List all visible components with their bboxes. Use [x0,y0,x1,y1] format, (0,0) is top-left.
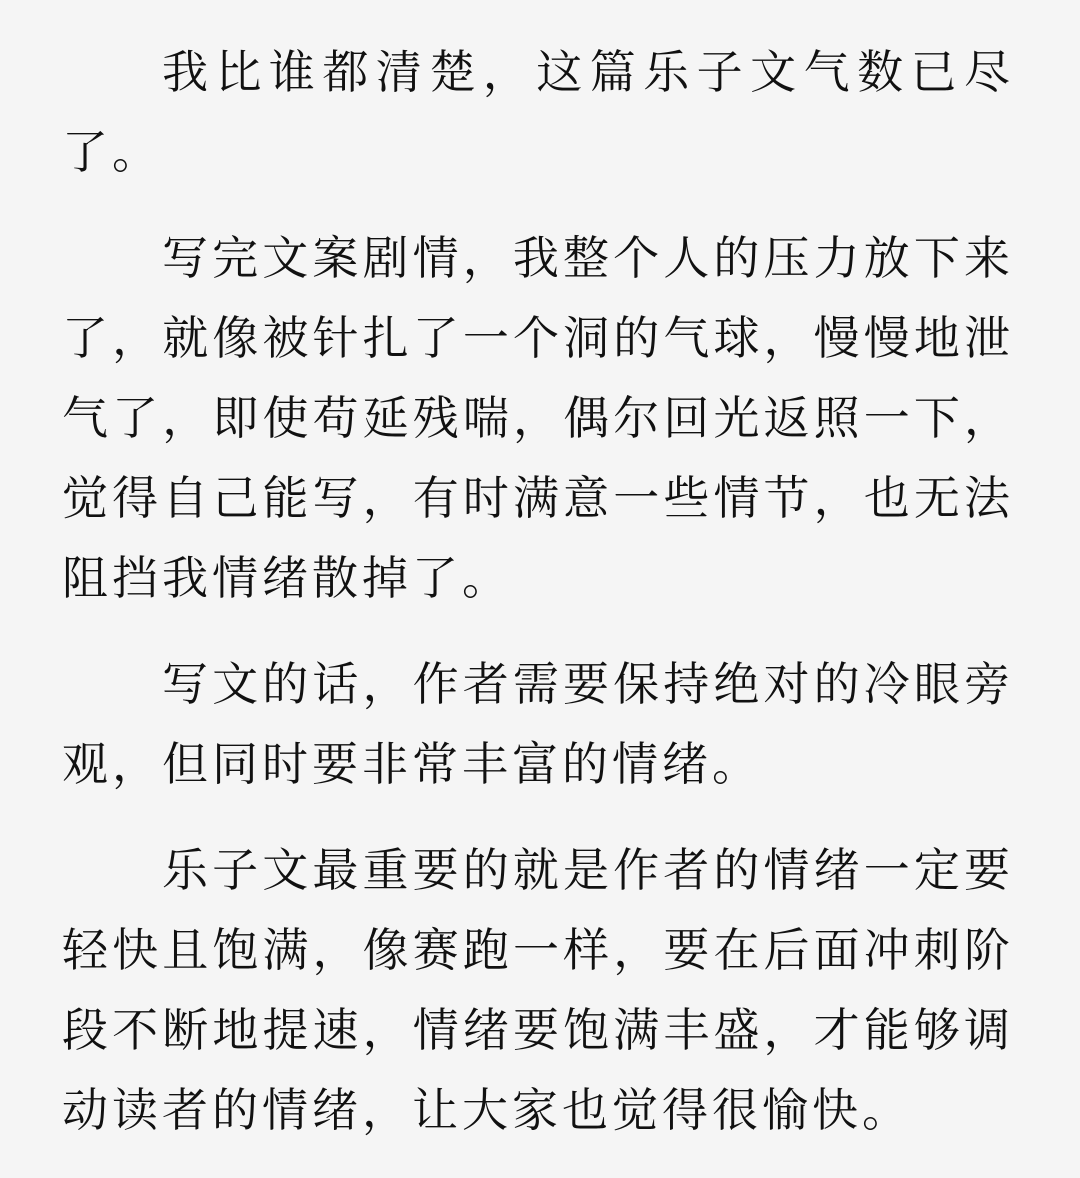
paragraph-2: 写完文案剧情，我整个人的压力放下来了，就像被针扎了一个洞的气球，慢慢地泄气了，即… [62,218,1014,618]
article-body: 我比谁都清楚，这篇乐子文气数已尽了。 写完文案剧情，我整个人的压力放下来了，就像… [62,32,1014,1176]
paragraph-4: 乐子文最重要的就是作者的情绪一定要轻快且饱满，像赛跑一样，要在后面冲刺阶段不断地… [62,830,1014,1150]
paragraph-1: 我比谁都清楚，这篇乐子文气数已尽了。 [62,32,1014,192]
paragraph-3: 写文的话，作者需要保持绝对的冷眼旁观，但同时要非常丰富的情绪。 [62,644,1014,804]
